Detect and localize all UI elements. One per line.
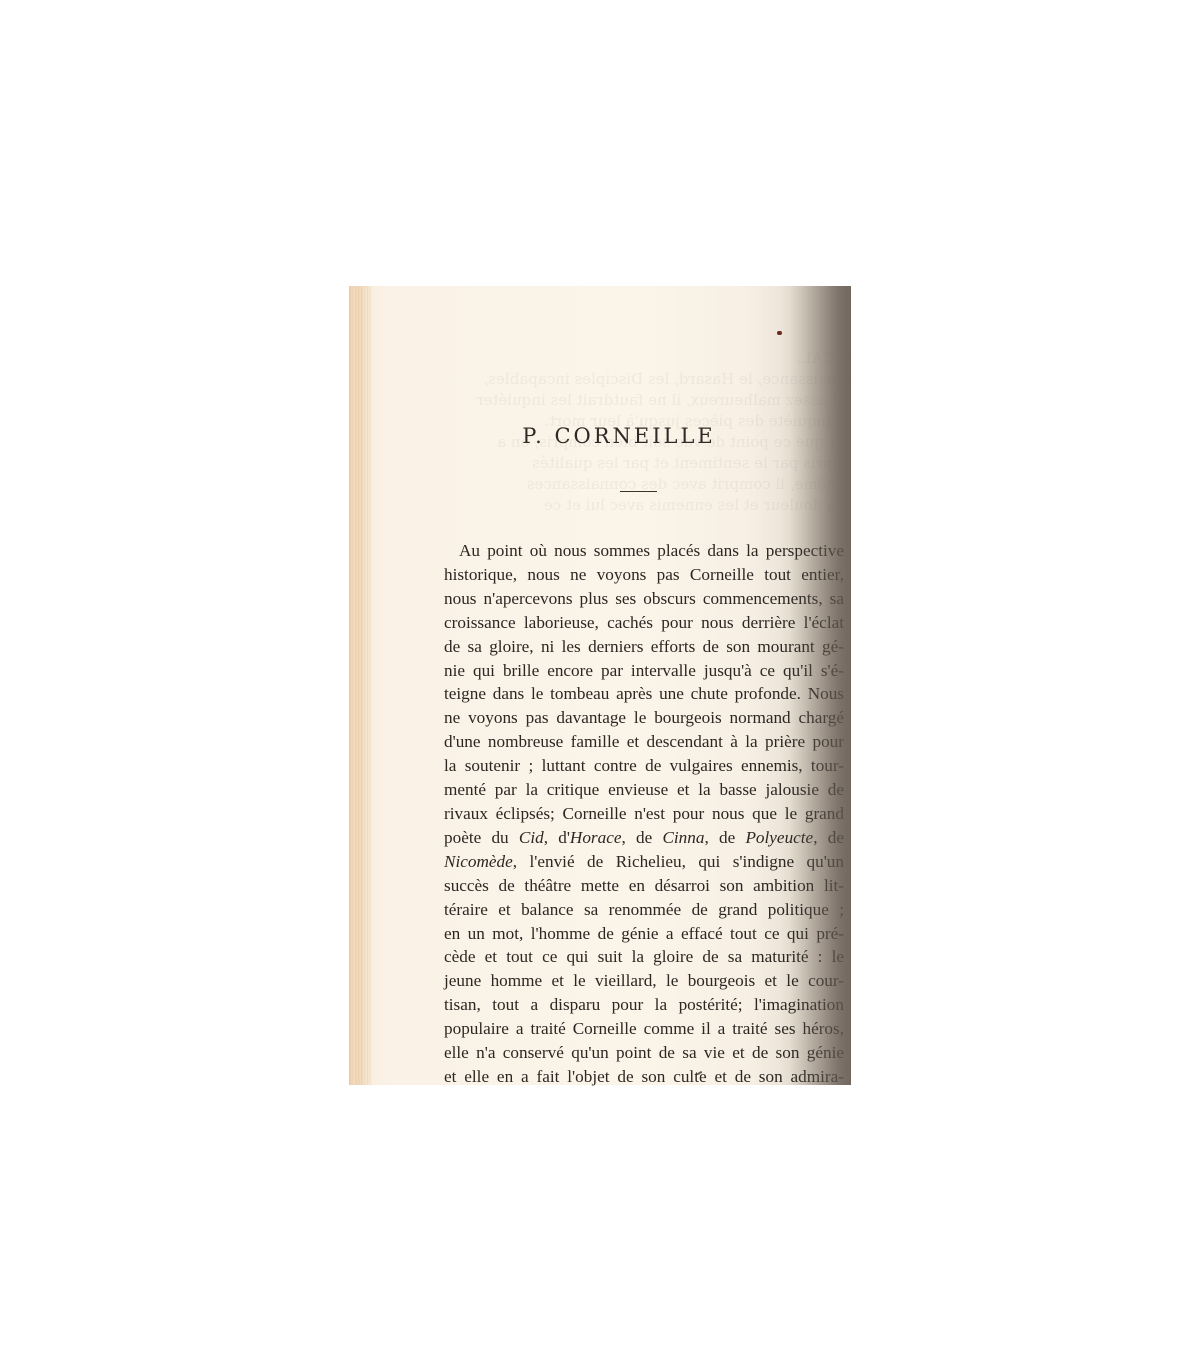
italic-title: Cinna	[662, 828, 704, 847]
text-segment: de sa gloire, ni les derniers efforts de…	[444, 637, 844, 656]
text-line: téraire et balance sa renommée de grand …	[444, 898, 844, 922]
text-line: historique, nous ne voyons pas Corneille…	[444, 563, 844, 587]
text-segment: , de	[704, 828, 745, 847]
text-line: succès de théâtre mette en désarroi son …	[444, 874, 844, 898]
text-line: poète du Cid, d'Horace, de Cinna, de Pol…	[444, 826, 844, 850]
text-segment: tisan, tout a disparu pour la postérité;…	[444, 995, 844, 1014]
text-line: nous n'apercevons plus ses obscurs comme…	[444, 587, 844, 611]
body-paragraph: Au point où nous sommes placés dans la p…	[444, 539, 854, 1089]
text-segment: et elle en a fait l'objet de son culte e…	[444, 1067, 844, 1086]
text-segment: croissance laborieuse, cachés pour nous …	[444, 613, 844, 632]
text-segment: succès de théâtre mette en désarroi son …	[444, 876, 844, 895]
text-segment: , l'envié de Richelieu, qui s'indigne qu…	[513, 852, 844, 871]
text-segment: , de	[813, 828, 844, 847]
text-segment: nous n'apercevons plus ses obscurs comme…	[444, 589, 844, 608]
text-segment: téraire et balance sa renommée de grand …	[444, 900, 844, 919]
text-segment: d'une nombreuse famille et descendant à …	[444, 732, 844, 751]
italic-title: Cid	[519, 828, 544, 847]
text-line: croissance laborieuse, cachés pour nous …	[444, 611, 844, 635]
text-segment: populaire a traité Corneille comme il a …	[444, 1019, 844, 1038]
text-segment: historique, nous ne voyons pas Corneille…	[444, 565, 844, 584]
text-segment: , d'	[544, 828, 570, 847]
italic-title: Horace	[570, 828, 622, 847]
text-line: Nicomède, l'envié de Richelieu, qui s'in…	[444, 850, 844, 874]
text-line: populaire a traité Corneille comme il a …	[444, 1017, 844, 1041]
page-edges	[349, 286, 371, 1085]
chapter-title: P. CORNEILLE	[429, 424, 809, 448]
text-segment: en un mot, l'homme de génie a effacé tou…	[444, 924, 844, 943]
text-line: jeune homme et le vieillard, le bourgeoi…	[444, 969, 844, 993]
text-line: tisan, tout a disparu pour la postérité;…	[444, 993, 844, 1017]
text-line: nie qui brille encore par intervalle jus…	[444, 659, 844, 683]
text-line: elle n'a conservé qu'un point de sa vie …	[444, 1041, 844, 1065]
text-line: ne voyons pas davantage le bourgeois nor…	[444, 706, 844, 730]
text-segment: nie qui brille encore par intervalle jus…	[444, 661, 844, 680]
text-line: de sa gloire, ni les derniers efforts de…	[444, 635, 844, 659]
text-segment: Au point où nous sommes placés dans la p…	[459, 541, 844, 560]
text-line: en un mot, l'homme de génie a effacé tou…	[444, 922, 844, 946]
text-line: teigne dans le tombeau après une chute p…	[444, 682, 844, 706]
text-segment: cède et tout ce qui suit la gloire de sa…	[444, 947, 844, 966]
text-line: Au point où nous sommes placés dans la p…	[444, 539, 844, 563]
text-line: et elle en a fait l'objet de son culte e…	[444, 1065, 844, 1089]
text-segment: menté par la critique envieuse et la bas…	[444, 780, 844, 799]
text-segment: ne voyons pas davantage le bourgeois nor…	[444, 708, 844, 727]
text-segment: poète du	[444, 828, 519, 847]
text-segment: la soutenir ; luttant contre de vulgaire…	[444, 756, 844, 775]
text-segment: rivaux éclipsés; Corneille n'est pour no…	[444, 804, 844, 823]
italic-title: Polyeucte	[745, 828, 813, 847]
title-rule	[620, 491, 657, 492]
text-segment: elle n'a conservé qu'un point de sa vie …	[444, 1043, 844, 1062]
text-line: la soutenir ; luttant contre de vulgaire…	[444, 754, 844, 778]
text-segment: , de	[621, 828, 662, 847]
text-line: cède et tout ce qui suit la gloire de sa…	[444, 945, 844, 969]
ink-spot	[777, 331, 782, 335]
italic-title: Nicomède	[444, 852, 513, 871]
text-segment: jeune homme et le vieillard, le bourgeoi…	[444, 971, 844, 990]
text-line: menté par la critique envieuse et la bas…	[444, 778, 844, 802]
text-segment: teigne dans le tombeau après une chute p…	[444, 684, 844, 703]
text-line: rivaux éclipsés; Corneille n'est pour no…	[444, 802, 844, 826]
text-line: d'une nombreuse famille et descendant à …	[444, 730, 844, 754]
